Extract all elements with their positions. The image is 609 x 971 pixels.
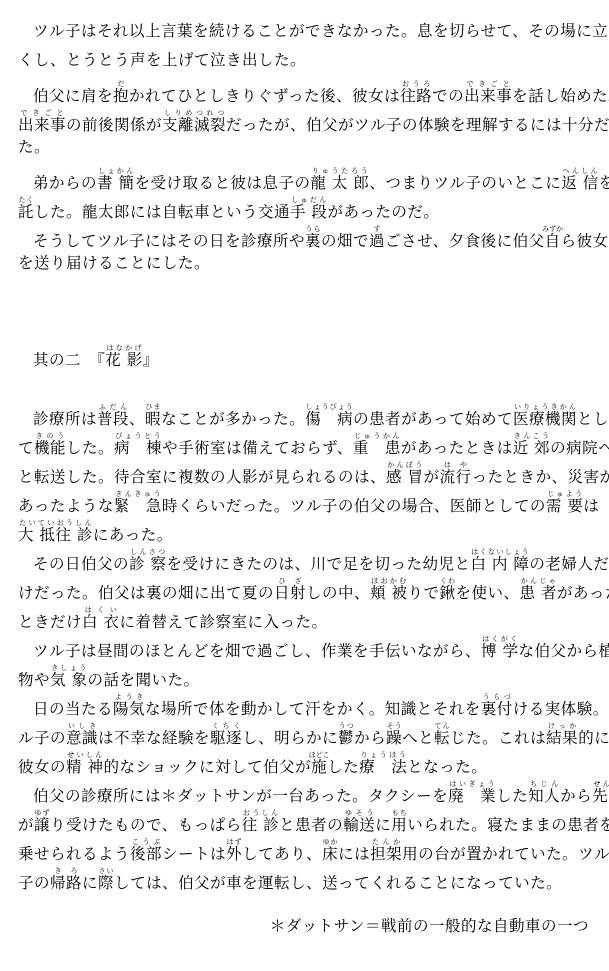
text-run: て bbox=[18, 439, 34, 457]
ruby-annotation: 抱だ bbox=[113, 87, 129, 105]
text-run: を使い、 bbox=[456, 584, 520, 602]
text-run: にあった。 bbox=[93, 526, 173, 544]
text-run: の患者があって始めて bbox=[353, 410, 513, 428]
text-run: ける実体験。ツ bbox=[513, 700, 609, 718]
text-run: 時くらいだった。ツル子の伯父の場合、医師としての bbox=[162, 497, 546, 515]
text-line: くし、とうとう声を上げて泣き出した。 bbox=[18, 51, 306, 69]
text-run: 、 bbox=[129, 410, 145, 428]
text-run: 物や bbox=[18, 671, 50, 689]
text-run: ル子の bbox=[18, 729, 66, 747]
text-run: が bbox=[423, 468, 439, 486]
text-run: と患者の bbox=[279, 816, 343, 834]
text-line: あったような緊 急きんきゅう時くらいだった。ツル子の伯父の場合、医師としての需 … bbox=[18, 490, 599, 515]
text-run: 伯父の診療所には＊ダットサンが一台あった。タクシーを bbox=[33, 787, 448, 805]
text-run: を送り届けることにした。 bbox=[18, 254, 210, 272]
text-run: があった bbox=[557, 584, 609, 602]
text-run: あったような bbox=[18, 497, 114, 515]
text-run: とし bbox=[577, 410, 609, 428]
text-run: そうしてツル子にはその日を診療所や bbox=[33, 232, 305, 250]
text-line: 乗せられるよう後部こうぶシートは外はずしてあり、床ゆかには担架たんか用の台が置か… bbox=[18, 838, 609, 863]
ruby-annotation: 担架たんか bbox=[370, 845, 402, 863]
ruby-annotation: 白 内 障はくないしょう bbox=[470, 555, 529, 573]
ruby-annotation: 自みずか bbox=[545, 232, 561, 250]
text-run: での bbox=[432, 87, 464, 105]
text-run: じた。これは bbox=[450, 729, 546, 747]
text-run: 弟からの bbox=[33, 174, 97, 192]
text-run: の病院へ bbox=[550, 439, 609, 457]
text-run: 伯父に肩を bbox=[33, 87, 113, 105]
ruby-annotation: 意識いしき bbox=[66, 729, 98, 747]
text-run: な場所で体を動かして汗をかく。知識とそれを bbox=[145, 700, 481, 718]
text-run: に bbox=[375, 816, 391, 834]
text-run: し、明らかに bbox=[242, 729, 338, 747]
ruby-annotation: 床ゆか bbox=[322, 845, 338, 863]
ruby-annotation: 外はず bbox=[226, 845, 242, 863]
ruby-annotation: 大 抵往 診たいていおうしん bbox=[18, 526, 93, 544]
text-run: の老婦人だ bbox=[529, 555, 609, 573]
text-line: 弟からの書 簡しょかんを受け取ると彼は息子の龍 太 郎りゅうたろう、つまりツル子… bbox=[33, 167, 609, 192]
text-run: した bbox=[496, 787, 528, 805]
text-run: 乗せられるよう bbox=[18, 845, 130, 863]
text-line: 伯父に肩を抱だかれてひとしきりぐずった後、彼女は往路おうろでの出来事できごとを話… bbox=[33, 80, 609, 105]
ruby-annotation: 暇ひま bbox=[145, 410, 161, 428]
ruby-annotation: 際さい bbox=[98, 874, 114, 892]
ruby-annotation: 気 象きしょう bbox=[50, 671, 87, 689]
ruby-annotation: 療 法りょうほう bbox=[359, 758, 407, 776]
text-run: た。 bbox=[18, 138, 50, 156]
text-run: ったときか、災害が bbox=[471, 468, 609, 486]
text-run: した。龍太郎には自転車という交通 bbox=[34, 203, 290, 221]
text-run: した。 bbox=[66, 439, 114, 457]
ruby-annotation: 患 者かんじゃ bbox=[520, 584, 557, 602]
text-run: や手術室は備えておらず、 bbox=[162, 439, 353, 457]
ruby-annotation: 普段ふだん bbox=[97, 410, 129, 428]
text-run: してあり、 bbox=[242, 845, 322, 863]
text-run: 彼女の bbox=[18, 758, 66, 776]
text-run: の畑で bbox=[321, 232, 369, 250]
text-run: ごさせ、夕食後に伯父 bbox=[385, 232, 545, 250]
text-run: シートは bbox=[162, 845, 226, 863]
text-run: があったのだ。 bbox=[327, 203, 439, 221]
text-run: りで bbox=[407, 584, 439, 602]
text-line: そうしてツル子にはその日を診療所や裏うらの畑で過すごさせ、夕食後に伯父自みずから… bbox=[33, 225, 609, 250]
ruby-annotation: 手 段しゅだん bbox=[290, 203, 327, 221]
ruby-annotation: 日射ひざ bbox=[274, 584, 306, 602]
text-run: に bbox=[82, 874, 98, 892]
text-run: は bbox=[583, 497, 599, 515]
ruby-annotation: 需 要じゅよう bbox=[546, 497, 583, 515]
text-run: いられた。寝たままの患者を bbox=[407, 816, 609, 834]
text-run: くし、とうとう声を上げて泣き出した。 bbox=[18, 51, 306, 69]
ruby-annotation: 施ほどこ bbox=[311, 758, 327, 776]
text-run: を bbox=[599, 174, 609, 192]
text-line: ル子の意識いしきは不幸な経験を駆逐くちくし、明らかに鬱うつから躁そうへと転てんじ… bbox=[18, 722, 609, 747]
text-line: ツル子はそれ以上言葉を続けることができなかった。息を切らせて、その場に立ちつ bbox=[33, 22, 609, 40]
ruby-annotation: 診 察しんさつ bbox=[129, 555, 166, 573]
text-run: ら彼女 bbox=[561, 232, 609, 250]
ruby-annotation: 病 棟びょうとう bbox=[114, 439, 162, 457]
text-line: けだった。伯父は裏の畑に出て夏の日射ひざしの中、頬 被ほおかむりで鍬くわを使い、… bbox=[18, 577, 609, 602]
text-line: ツル子は昼間のほとんどを畑で過ごし、作業を手伝いながら、博 学はくがくな伯父から… bbox=[33, 635, 609, 660]
text-run: 日の当たる bbox=[33, 700, 113, 718]
ruby-annotation: 先 代せんだい bbox=[592, 787, 609, 805]
text-run: けだった。伯父は裏の畑に出て夏の bbox=[18, 584, 274, 602]
text-run: と転送した。待合室に複数の人影が見られるのは、 bbox=[18, 468, 386, 486]
ruby-annotation: 裏付うらづ bbox=[481, 700, 513, 718]
text-run: 的なショックに対して伯父が bbox=[103, 758, 311, 776]
text-run: には bbox=[338, 845, 370, 863]
ruby-annotation: 駆逐くちく bbox=[210, 729, 242, 747]
ruby-annotation: 頬 被ほおかむ bbox=[370, 584, 407, 602]
ruby-annotation: 感 冒かんぼう bbox=[386, 468, 423, 486]
ruby-annotation: 結果けっか bbox=[546, 729, 578, 747]
text-run: 、つまりツル子のいとこに bbox=[369, 174, 561, 192]
text-run: の前後関係が bbox=[66, 116, 162, 134]
text-line: て機能きのうした。病 棟びょうとうや手術室は備えておらず、重 患じゅうかんがあっ… bbox=[18, 432, 609, 457]
ruby-annotation: 博 学はくがく bbox=[481, 642, 518, 660]
ruby-annotation: 知人ちじん bbox=[528, 787, 560, 805]
ruby-annotation: 流行はや bbox=[439, 468, 471, 486]
ruby-annotation: 白 衣はくい bbox=[82, 613, 119, 631]
text-run: ツル子は昼間のほとんどを畑で過ごし、作業を手伝いながら、 bbox=[33, 642, 481, 660]
ruby-annotation: 後部こうぶ bbox=[130, 845, 162, 863]
ruby-annotation: 支離滅裂しりめつれつ bbox=[162, 116, 226, 134]
text-line: た。 bbox=[18, 138, 50, 156]
ruby-annotation: 廃 業はいぎょう bbox=[448, 787, 496, 805]
text-run: を受け取ると彼は息子の bbox=[134, 174, 310, 192]
ruby-annotation: 近 郊きんこう bbox=[513, 439, 550, 457]
ruby-annotation: 出来事できごと bbox=[18, 116, 66, 134]
text-run: となった。 bbox=[407, 758, 487, 776]
text-run: だったが、伯父がツル子の体験を理解するには十分だっ bbox=[226, 116, 609, 134]
ruby-annotation: 精 神せいしん bbox=[66, 758, 103, 776]
text-run: なことが多かった。 bbox=[161, 410, 305, 428]
text-run: 』 bbox=[143, 351, 159, 369]
footnote: ＊ダットサン＝戦前の一般的な自動車の一つ bbox=[270, 917, 589, 935]
ruby-annotation: 花 影はなかげ bbox=[105, 351, 142, 369]
text-line: が譲ゆずり受けたもので、もっぱら往 診おうしんと患者の輸送ゆそうに用もちいられた… bbox=[18, 809, 609, 834]
text-run: かれてひとしきりぐずった後、彼女は bbox=[129, 87, 400, 105]
text-line: と転送した。待合室に複数の人影が見られるのは、感 冒かんぼうが流行はやったときか… bbox=[18, 461, 609, 486]
text-line: その日伯父の診 察しんさつを受けにきたのは、川で足を切った幼児と白 内 障はくな… bbox=[33, 548, 609, 573]
text-run: から bbox=[560, 787, 592, 805]
ruby-annotation: 傷 病しょうびょう bbox=[305, 410, 353, 428]
ruby-annotation: 託たく bbox=[18, 203, 34, 221]
text-run: を話し始めた。 bbox=[512, 87, 609, 105]
text-run: が bbox=[18, 816, 34, 834]
ruby-annotation: 重 患じゅうかん bbox=[353, 439, 401, 457]
ruby-annotation: 躁そう bbox=[386, 729, 402, 747]
ruby-annotation: 輸送ゆそう bbox=[343, 816, 375, 834]
ruby-annotation: 往路おうろ bbox=[400, 87, 432, 105]
text-line: 託たくした。龍太郎には自転車という交通手 段しゅだんがあったのだ。 bbox=[18, 196, 439, 221]
text-run: その日伯父の bbox=[33, 555, 129, 573]
ruby-annotation: 龍 太 郎りゅうたろう bbox=[310, 174, 369, 192]
ruby-annotation: 緊 急きんきゅう bbox=[114, 497, 162, 515]
text-run: した bbox=[327, 758, 359, 776]
ruby-annotation: 鍬くわ bbox=[440, 584, 456, 602]
text-run: を受けにきたのは、川で足を切った幼児と bbox=[166, 555, 470, 573]
text-run: に着替えて診察室に入った。 bbox=[119, 613, 327, 631]
ruby-annotation: 用もち bbox=[391, 816, 407, 834]
text-line: 診療所は普段ふだん、暇ひまなことが多かった。傷 病しょうびょうの患者があって始め… bbox=[33, 403, 609, 428]
ruby-annotation: 譲ゆず bbox=[34, 816, 50, 834]
text-run: 的に、 bbox=[578, 729, 609, 747]
ruby-annotation: 陽気ようき bbox=[113, 700, 145, 718]
text-run: から bbox=[354, 729, 386, 747]
text-run: は不幸な経験を bbox=[98, 729, 210, 747]
ruby-annotation: 医療機関いりょうきかん bbox=[513, 410, 577, 428]
ruby-annotation: 転てん bbox=[434, 729, 450, 747]
text-run: があったときは bbox=[401, 439, 513, 457]
text-line: 彼女の精 神せいしん的なショックに対して伯父が施ほどこした療 法りょうほうとなっ… bbox=[18, 751, 487, 776]
text-line: 日の当たる陽気ようきな場所で体を動かして汗をかく。知識とそれを裏付うらづける実体… bbox=[33, 693, 609, 718]
text-line: 伯父の診療所には＊ダットサンが一台あった。タクシーを廃 業はいぎょうした知人ちじ… bbox=[33, 780, 609, 805]
text-run: しては、伯父が車を運転し、送ってくれることになっていた。 bbox=[114, 874, 562, 892]
text-run: 子の bbox=[18, 874, 50, 892]
ruby-annotation: 書 簡しょかん bbox=[97, 174, 134, 192]
document-page: ツル子はそれ以上言葉を続けることができなかった。息を切らせて、その場に立ちつくし… bbox=[0, 0, 609, 971]
ruby-annotation: 鬱うつ bbox=[338, 729, 354, 747]
text-run: 用の台が置かれていた。ツル bbox=[402, 845, 609, 863]
ruby-annotation: 機能きのう bbox=[34, 439, 66, 457]
ruby-annotation: 往 診おうしん bbox=[242, 816, 279, 834]
text-run: り受けたもので、もっぱら bbox=[50, 816, 242, 834]
text-line: 物や気 象きしょうの話を聞いた。 bbox=[18, 664, 199, 689]
text-run: しの中、 bbox=[306, 584, 370, 602]
text-run: の話を聞いた。 bbox=[87, 671, 199, 689]
text-run: な伯父から植 bbox=[518, 642, 609, 660]
text-line: 其の二 『花 影はなかげ』 bbox=[33, 344, 159, 369]
ruby-annotation: 裏うら bbox=[305, 232, 321, 250]
text-run: ツル子はそれ以上言葉を続けることができなかった。息を切らせて、その場に立ちつ bbox=[33, 22, 609, 40]
text-line: 出来事できごとの前後関係が支離滅裂しりめつれつだったが、伯父がツル子の体験を理解… bbox=[18, 109, 609, 134]
text-line: 大 抵往 診たいていおうしんにあった。 bbox=[18, 519, 173, 544]
text-run: へと bbox=[402, 729, 434, 747]
text-run: ときだけ bbox=[18, 613, 82, 631]
text-line: ときだけ白 衣はくいに着替えて診察室に入った。 bbox=[18, 606, 327, 631]
ruby-annotation: 返 信へんしん bbox=[561, 174, 598, 192]
text-line: 子の帰路きろに際さいしては、伯父が車を運転し、送ってくれることになっていた。 bbox=[18, 867, 562, 892]
ruby-annotation: 過す bbox=[369, 232, 385, 250]
text-run: 診療所は bbox=[33, 410, 97, 428]
text-line: を送り届けることにした。 bbox=[18, 254, 210, 272]
text-run: 其の二 『 bbox=[33, 351, 105, 369]
ruby-annotation: 帰路きろ bbox=[50, 874, 82, 892]
ruby-annotation: 出来事できごと bbox=[464, 87, 512, 105]
